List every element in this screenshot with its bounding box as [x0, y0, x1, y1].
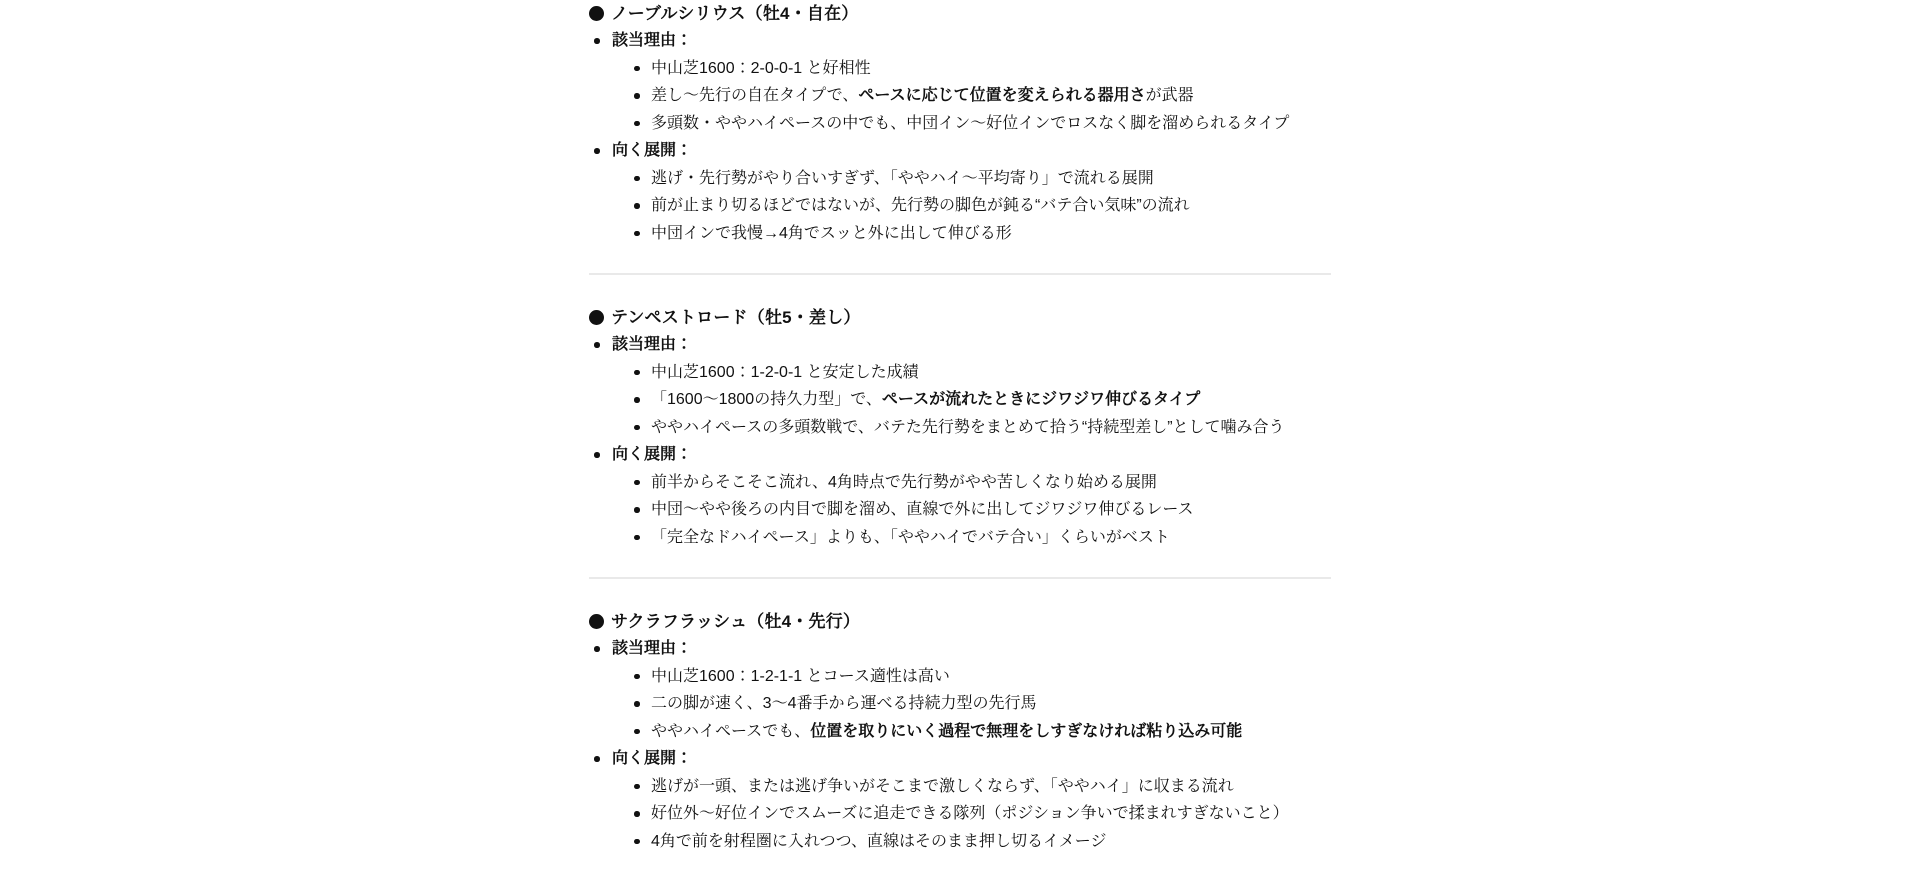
- list-item: 逃げが一頭、または逃げ争いがそこまで激しくならず、「ややハイ」に収まる流れ: [612, 773, 1331, 801]
- group-items: 中山芝1600：1-2-1-1 とコース適性は高い二の脚が速く、3～4番手から運…: [612, 663, 1331, 746]
- text-segment: が武器: [1146, 87, 1194, 104]
- bullet-icon: [634, 397, 640, 403]
- section-header: ノーブルシリウス（牡4・自在）: [589, 1, 1331, 27]
- bullet-icon: [634, 203, 640, 209]
- section-title: テンペストロード（牡5・差し）: [611, 308, 861, 327]
- bullet-icon: [634, 674, 640, 680]
- text-segment: 中山芝1600：1-2-0-1 と安定した成績: [651, 364, 919, 381]
- list-item: 中山芝1600：2-0-0-1 と好相性: [612, 55, 1331, 83]
- list-group: 向く展開：逃げ・先行勢がやり合いすぎず、「ややハイ～平均寄り」で流れる展開前が止…: [589, 137, 1331, 247]
- section-list: 該当理由：中山芝1600：1-2-0-1 と安定した成績「1600～1800の持…: [589, 331, 1331, 551]
- bullet-icon: [634, 231, 640, 237]
- list-item: 中山芝1600：1-2-0-1 と安定した成績: [612, 359, 1331, 387]
- group-items: 逃げ・先行勢がやり合いすぎず、「ややハイ～平均寄り」で流れる展開前が止まり切るほ…: [612, 165, 1331, 248]
- text-segment-bold: 位置を取りにいく過程で無理をしすぎなければ粘り込み可能: [810, 723, 1242, 740]
- list-item: ややハイペースの多頭数戦で、バテた先行勢をまとめて拾う“持続型差し”として噛み合…: [612, 414, 1331, 442]
- list-item: 好位外～好位インでスムーズに追走できる隊列（ポジション争いで揉まれすぎないこと）: [612, 800, 1331, 828]
- bullet-icon: [634, 729, 640, 735]
- section-list: 該当理由：中山芝1600：2-0-0-1 と好相性差し～先行の自在タイプで、ペー…: [589, 27, 1331, 247]
- bullet-icon: [594, 342, 600, 348]
- list-item: 中山芝1600：1-2-1-1 とコース適性は高い: [612, 663, 1331, 691]
- bullet-icon: [634, 176, 640, 182]
- section-list: 該当理由：中山芝1600：1-2-1-1 とコース適性は高い二の脚が速く、3～4…: [589, 635, 1331, 855]
- bullet-icon: [634, 535, 640, 541]
- bullet-icon: [634, 93, 640, 99]
- text-segment: 中団～やや後ろの内目で脚を溜め、直線で外に出してジワジワ伸びるレース: [651, 501, 1194, 518]
- bullet-icon: [634, 507, 640, 513]
- list-item: 差し～先行の自在タイプで、ペースに応じて位置を変えられる器用さが武器: [612, 82, 1331, 110]
- group-items: 逃げが一頭、または逃げ争いがそこまで激しくならず、「ややハイ」に収まる流れ好位外…: [612, 773, 1331, 856]
- list-group: 該当理由：中山芝1600：1-2-1-1 とコース適性は高い二の脚が速く、3～4…: [589, 635, 1331, 745]
- bullet-icon: [594, 646, 600, 652]
- text-segment-bold: ペースが流れたときにジワジワ伸びるタイプ: [882, 391, 1200, 408]
- list-item: 二の脚が速く、3～4番手から運べる持続力型の先行馬: [612, 690, 1331, 718]
- bullet-icon: [634, 121, 640, 127]
- text-segment: 前半からそこそこ流れ、4角時点で先行勢がやや苦しくなり始める展開: [651, 474, 1157, 491]
- bullet-icon: [594, 452, 600, 458]
- text-segment-bold: ペースに応じて位置を変えられる器用さ: [858, 87, 1145, 104]
- bullet-icon: [634, 425, 640, 431]
- list-item: 中団～やや後ろの内目で脚を溜め、直線で外に出してジワジワ伸びるレース: [612, 496, 1331, 524]
- text-segment: 中山芝1600：2-0-0-1 と好相性: [651, 60, 871, 77]
- group-items: 中山芝1600：2-0-0-1 と好相性差し～先行の自在タイプで、ペースに応じて…: [612, 55, 1331, 138]
- group-items: 中山芝1600：1-2-0-1 と安定した成績「1600～1800の持久力型」で…: [612, 359, 1331, 442]
- bullet-icon: [634, 784, 640, 790]
- list-group: 該当理由：中山芝1600：1-2-0-1 と安定した成績「1600～1800の持…: [589, 331, 1331, 441]
- section-bullet-icon: [589, 310, 604, 325]
- text-segment: 前が止まり切るほどではないが、先行勢の脚色が鈍る“バテ合い気味”の流れ: [651, 197, 1190, 214]
- text-segment: 中団インで我慢→4角でスッと外に出して伸びる形: [651, 225, 1012, 242]
- text-segment: ややハイペースの多頭数戦で、バテた先行勢をまとめて拾う“持続型差し”として噛み合…: [651, 419, 1285, 436]
- group-label: 該当理由：: [612, 640, 692, 657]
- section-divider: [589, 273, 1331, 275]
- section-bullet-icon: [589, 6, 604, 21]
- bullet-icon: [634, 839, 640, 845]
- list-item: ややハイペースでも、位置を取りにいく過程で無理をしすぎなければ粘り込み可能: [612, 718, 1331, 746]
- text-segment: 「完全なドハイペース」よりも、「ややハイでバテ合い」くらいがベスト: [651, 529, 1170, 546]
- bullet-icon: [634, 370, 640, 376]
- list-item: 多頭数・ややハイペースの中でも、中団イン～好位インでロスなく脚を溜められるタイプ: [612, 110, 1331, 138]
- group-label: 該当理由：: [612, 336, 692, 353]
- group-label: 向く展開：: [612, 142, 692, 159]
- section-divider: [589, 577, 1331, 579]
- bullet-icon: [634, 701, 640, 707]
- text-segment: 差し～先行の自在タイプで、: [651, 87, 858, 104]
- section-bullet-icon: [589, 614, 604, 629]
- section-title: サクラフラッシュ（牡4・先行）: [611, 612, 860, 631]
- bullet-icon: [594, 38, 600, 44]
- bullet-icon: [634, 811, 640, 817]
- list-item: 「完全なドハイペース」よりも、「ややハイでバテ合い」くらいがベスト: [612, 524, 1331, 552]
- text-segment: 逃げ・先行勢がやり合いすぎず、「ややハイ～平均寄り」で流れる展開: [651, 170, 1154, 187]
- list-item: 中団インで我慢→4角でスッと外に出して伸びる形: [612, 220, 1331, 248]
- bullet-icon: [594, 756, 600, 762]
- bullet-icon: [634, 480, 640, 486]
- text-segment: 逃げが一頭、または逃げ争いがそこまで激しくならず、「ややハイ」に収まる流れ: [651, 778, 1234, 795]
- section-header: サクラフラッシュ（牡4・先行）: [589, 609, 1331, 635]
- list-item: 「1600～1800の持久力型」で、ペースが流れたときにジワジワ伸びるタイプ: [612, 386, 1331, 414]
- list-item: 逃げ・先行勢がやり合いすぎず、「ややハイ～平均寄り」で流れる展開: [612, 165, 1331, 193]
- group-label: 該当理由：: [612, 32, 692, 49]
- group-label: 向く展開：: [612, 750, 692, 767]
- text-segment: 二の脚が速く、3～4番手から運べる持続力型の先行馬: [651, 695, 1036, 712]
- list-item: 前が止まり切るほどではないが、先行勢の脚色が鈍る“バテ合い気味”の流れ: [612, 192, 1331, 220]
- list-group: 向く展開：逃げが一頭、または逃げ争いがそこまで激しくならず、「ややハイ」に収まる…: [589, 745, 1331, 855]
- list-item: 4角で前を射程圏に入れつつ、直線はそのまま押し切るイメージ: [612, 828, 1331, 856]
- text-segment: 多頭数・ややハイペースの中でも、中団イン～好位インでロスなく脚を溜められるタイプ: [651, 115, 1289, 132]
- group-label: 向く展開：: [612, 446, 692, 463]
- text-segment: 好位外～好位インでスムーズに追走できる隊列（ポジション争いで揉まれすぎないこと）: [651, 805, 1289, 822]
- bullet-icon: [634, 66, 640, 72]
- group-items: 前半からそこそこ流れ、4角時点で先行勢がやや苦しくなり始める展開中団～やや後ろの…: [612, 469, 1331, 552]
- document-content: ノーブルシリウス（牡4・自在）該当理由：中山芝1600：2-0-0-1 と好相性…: [589, 0, 1331, 855]
- list-group: 向く展開：前半からそこそこ流れ、4角時点で先行勢がやや苦しくなり始める展開中団～…: [589, 441, 1331, 551]
- text-segment: 4角で前を射程圏に入れつつ、直線はそのまま押し切るイメージ: [651, 833, 1106, 850]
- text-segment: 「1600～1800の持久力型」で、: [651, 391, 882, 408]
- text-segment: 中山芝1600：1-2-1-1 とコース適性は高い: [651, 668, 950, 685]
- section-header: テンペストロード（牡5・差し）: [589, 305, 1331, 331]
- list-item: 前半からそこそこ流れ、4角時点で先行勢がやや苦しくなり始める展開: [612, 469, 1331, 497]
- bullet-icon: [594, 148, 600, 154]
- section-title: ノーブルシリウス（牡4・自在）: [611, 4, 858, 23]
- text-segment: ややハイペースでも、: [651, 723, 810, 740]
- list-group: 該当理由：中山芝1600：2-0-0-1 と好相性差し～先行の自在タイプで、ペー…: [589, 27, 1331, 137]
